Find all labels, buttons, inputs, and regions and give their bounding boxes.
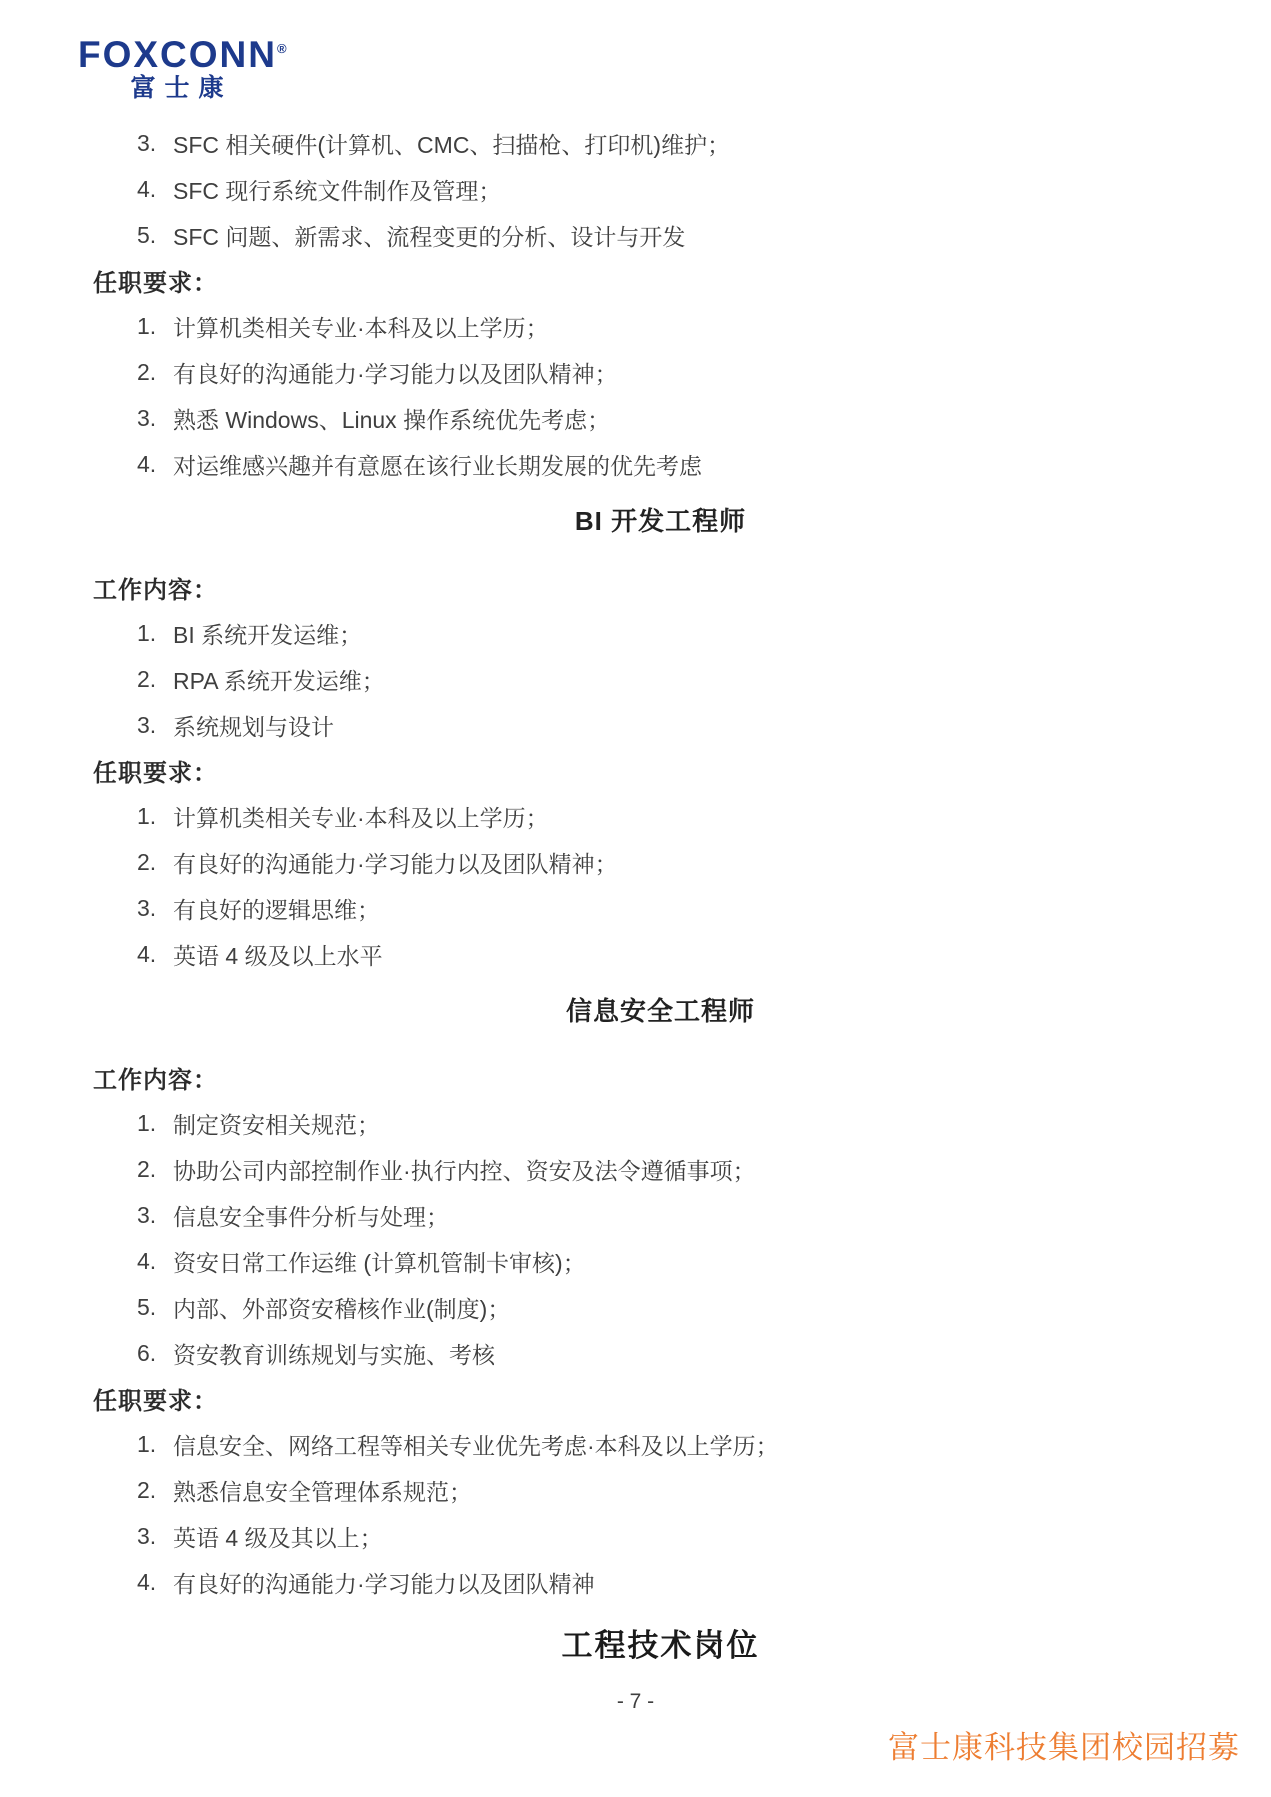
item-number: 3.	[137, 405, 162, 432]
foxconn-logo: FOXCONN® 富士康	[78, 36, 276, 101]
item-text: 有良好的沟通能力·学习能力以及团队精神；	[173, 356, 618, 389]
duty-item: 3. 系统规划与设计	[93, 702, 1228, 748]
item-number: 1.	[137, 1110, 162, 1137]
sfc-requirement-list: 1. 计算机类相关专业·本科及以上学历； 2. 有良好的沟通能力·学习能力以及团…	[93, 303, 1228, 487]
brand-chinese-name: 富士康	[78, 76, 276, 101]
duties-label: 工作内容：	[93, 565, 1228, 610]
category-title: 工程技术岗位	[93, 1620, 1228, 1665]
item-number: 4.	[137, 451, 162, 478]
item-number: 1.	[137, 620, 162, 647]
item-number: 2.	[137, 666, 162, 693]
item-number: 1.	[137, 1431, 162, 1458]
item-text: 英语 4 级及以上水平	[173, 938, 383, 971]
item-text: SFC 相关硬件(计算机、CMC、扫描枪、打印机)维护；	[173, 127, 730, 160]
item-text: 资安教育训练规划与实施、考核	[173, 1337, 495, 1370]
duty-item: 2. 协助公司内部控制作业·执行内控、资安及法令遵循事项；	[93, 1146, 1228, 1192]
item-number: 1.	[137, 313, 162, 340]
item-text: 系统规划与设计	[173, 709, 334, 742]
duty-item: 4. SFC 现行系统文件制作及管理；	[93, 166, 1228, 212]
brand-wordmark: FOXCONN®	[78, 36, 276, 73]
requirements-label: 任职要求：	[93, 258, 1228, 303]
bi-duty-list: 1. BI 系统开发运维； 2. RPA 系统开发运维； 3. 系统规划与设计	[93, 610, 1228, 748]
duty-item: 3. SFC 相关硬件(计算机、CMC、扫描枪、打印机)维护；	[93, 120, 1228, 166]
requirement-item: 3. 有良好的逻辑思维；	[93, 885, 1228, 931]
duty-item: 4. 资安日常工作运维 (计算机管制卡审核)；	[93, 1238, 1228, 1284]
item-number: 6.	[137, 1340, 162, 1367]
item-text: 资安日常工作运维 (计算机管制卡审核)；	[173, 1245, 586, 1278]
page-number: - 7 -	[0, 1690, 1271, 1714]
bi-requirement-list: 1. 计算机类相关专业·本科及以上学历； 2. 有良好的沟通能力·学习能力以及团…	[93, 793, 1228, 977]
item-number: 4.	[137, 1248, 162, 1275]
item-text: 信息安全、网络工程等相关专业优先考虑·本科及以上学历；	[173, 1428, 779, 1461]
item-text: 有良好的逻辑思维；	[173, 892, 380, 925]
item-text: 内部、外部资安稽核作业(制度)；	[173, 1291, 510, 1324]
item-text: 信息安全事件分析与处理；	[173, 1199, 449, 1232]
duty-item: 5. 内部、外部资安稽核作业(制度)；	[93, 1284, 1228, 1330]
duty-item: 1. 制定资安相关规范；	[93, 1100, 1228, 1146]
infosec-duty-list: 1. 制定资安相关规范； 2. 协助公司内部控制作业·执行内控、资安及法令遵循事…	[93, 1100, 1228, 1376]
item-number: 2.	[137, 1156, 162, 1183]
item-number: 4.	[137, 1569, 162, 1596]
item-text: 英语 4 级及其以上；	[173, 1520, 383, 1553]
item-number: 3.	[137, 712, 162, 739]
item-text: 制定资安相关规范；	[173, 1107, 380, 1140]
requirement-item: 4. 对运维感兴趣并有意愿在该行业长期发展的优先考虑	[93, 441, 1228, 487]
item-number: 4.	[137, 176, 162, 203]
infosec-requirement-list: 1. 信息安全、网络工程等相关专业优先考虑·本科及以上学历； 2. 熟悉信息安全…	[93, 1421, 1228, 1605]
item-text: 计算机类相关专业·本科及以上学历；	[173, 310, 549, 343]
requirement-item: 2. 有良好的沟通能力·学习能力以及团队精神；	[93, 839, 1228, 885]
item-number: 3.	[137, 895, 162, 922]
duty-item: 1. BI 系统开发运维；	[93, 610, 1228, 656]
requirements-label: 任职要求：	[93, 748, 1228, 793]
item-number: 2.	[137, 849, 162, 876]
item-text: 熟悉信息安全管理体系规范；	[173, 1474, 472, 1507]
item-number: 2.	[137, 359, 162, 386]
item-text: 协助公司内部控制作业·执行内控、资安及法令遵循事项；	[173, 1153, 756, 1186]
requirement-item: 3. 熟悉 Windows、Linux 操作系统优先考虑；	[93, 395, 1228, 441]
item-text: 计算机类相关专业·本科及以上学历；	[173, 800, 549, 833]
requirement-item: 1. 信息安全、网络工程等相关专业优先考虑·本科及以上学历；	[93, 1421, 1228, 1467]
requirement-item: 1. 计算机类相关专业·本科及以上学历；	[93, 793, 1228, 839]
item-number: 3.	[137, 1202, 162, 1229]
sfc-duty-list: 3. SFC 相关硬件(计算机、CMC、扫描枪、打印机)维护； 4. SFC 现…	[93, 120, 1228, 258]
brand-wordmark-text: FOXCONN	[78, 34, 277, 75]
job-title-bi: BI 开发工程师	[93, 498, 1228, 544]
item-number: 3.	[137, 130, 162, 157]
item-number: 3.	[137, 1523, 162, 1550]
item-number: 4.	[137, 941, 162, 968]
item-text: RPA 系统开发运维；	[173, 663, 385, 696]
job-title-infosec: 信息安全工程师	[93, 988, 1228, 1034]
item-text: 有良好的沟通能力·学习能力以及团队精神；	[173, 846, 618, 879]
item-text: 对运维感兴趣并有意愿在该行业长期发展的优先考虑	[173, 448, 702, 481]
requirement-item: 3. 英语 4 级及其以上；	[93, 1513, 1228, 1559]
duty-item: 2. RPA 系统开发运维；	[93, 656, 1228, 702]
item-number: 1.	[137, 803, 162, 830]
item-text: BI 系统开发运维；	[173, 617, 362, 650]
document-page: FOXCONN® 富士康 3. SFC 相关硬件(计算机、CMC、扫描枪、打印机…	[0, 0, 1271, 1797]
duty-item: 6. 资安教育训练规划与实施、考核	[93, 1330, 1228, 1376]
requirement-item: 1. 计算机类相关专业·本科及以上学历；	[93, 303, 1228, 349]
duty-item: 3. 信息安全事件分析与处理；	[93, 1192, 1228, 1238]
document-content: 3. SFC 相关硬件(计算机、CMC、扫描枪、打印机)维护； 4. SFC 现…	[93, 120, 1228, 1665]
item-text: 熟悉 Windows、Linux 操作系统优先考虑；	[173, 402, 610, 435]
registered-trademark-mark: ®	[277, 41, 287, 56]
item-number: 5.	[137, 222, 162, 249]
item-text: 有良好的沟通能力·学习能力以及团队精神	[173, 1566, 595, 1599]
requirement-item: 2. 熟悉信息安全管理体系规范；	[93, 1467, 1228, 1513]
requirement-item: 4. 英语 4 级及以上水平	[93, 931, 1228, 977]
item-number: 2.	[137, 1477, 162, 1504]
requirement-item: 2. 有良好的沟通能力·学习能力以及团队精神；	[93, 349, 1228, 395]
campus-recruitment-footer: 富士康科技集团校园招募	[888, 1722, 1240, 1767]
item-text: SFC 现行系统文件制作及管理；	[173, 173, 501, 206]
requirement-item: 4. 有良好的沟通能力·学习能力以及团队精神	[93, 1559, 1228, 1605]
duties-label: 工作内容：	[93, 1055, 1228, 1100]
item-text: SFC 问题、新需求、流程变更的分析、设计与开发	[173, 219, 685, 252]
item-number: 5.	[137, 1294, 162, 1321]
duty-item: 5. SFC 问题、新需求、流程变更的分析、设计与开发	[93, 212, 1228, 258]
requirements-label: 任职要求：	[93, 1376, 1228, 1421]
